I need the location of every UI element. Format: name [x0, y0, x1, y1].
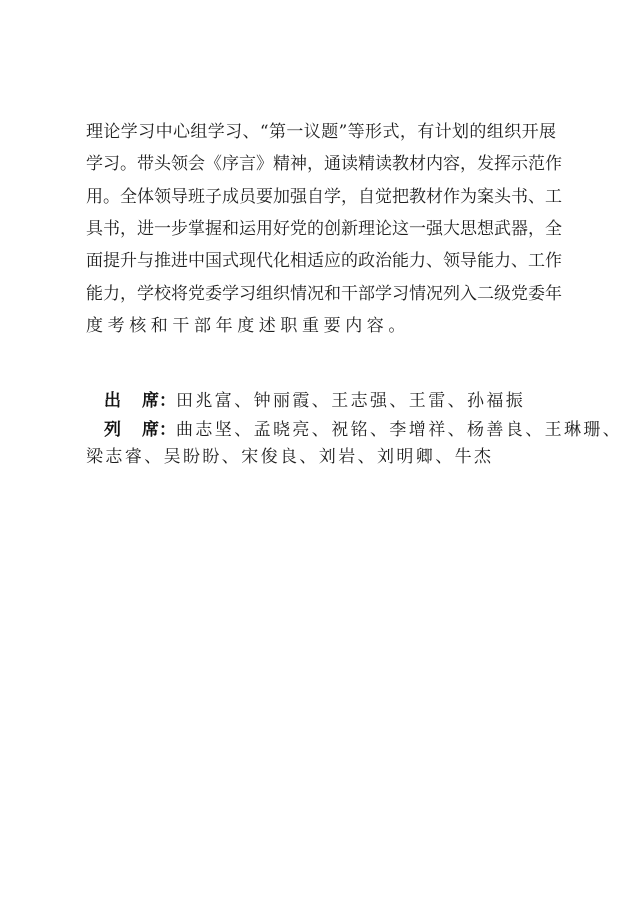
attending-label: 列席： [104, 420, 176, 440]
present-label: 出席： [104, 391, 176, 411]
paragraph-line: 具书，进一步掌握和运用好党的创新理论这一强大思想武器，全 [86, 218, 556, 240]
attending-line-continued: 梁志睿、吴盼盼、宋俊良、刘岩、刘明卿、牛杰 [86, 446, 493, 468]
present-names: 田兆富、钟丽霞、王志强、王雷、孙福振 [176, 391, 525, 411]
paragraph-line: 面提升与推进中国式现代化相适应的政治能力、领导能力、工作 [86, 250, 556, 272]
paragraph-line: 理论学习中心组学习、“第一议题”等形式，有计划的组织开展 [86, 121, 556, 143]
paragraph-line: 度考核和干部年度述职重要内容。 [86, 315, 556, 337]
paragraph-line: 能力，学校将党委学习组织情况和干部学习情况列入二级党委年 [86, 283, 556, 305]
present-line: 出席：田兆富、钟丽霞、王志强、王雷、孙福振 [104, 390, 525, 412]
paragraph-line: 用。全体领导班子成员要加强自学，自觉把教材作为案头书、工 [86, 186, 556, 208]
paragraph-line: 学习。带头领会《序言》精神，通读精读教材内容，发挥示范作 [86, 153, 556, 175]
attending-names-continued: 梁志睿、吴盼盼、宋俊良、刘岩、刘明卿、牛杰 [86, 447, 493, 467]
attending-names: 曲志坚、孟晓亮、祝铭、李增祥、杨善良、王琳珊、 [176, 420, 622, 440]
document-page: 理论学习中心组学习、“第一议题”等形式，有计划的组织开展 学习。带头领会《序言》… [0, 0, 639, 905]
attending-line: 列席：曲志坚、孟晓亮、祝铭、李增祥、杨善良、王琳珊、 [104, 419, 622, 441]
